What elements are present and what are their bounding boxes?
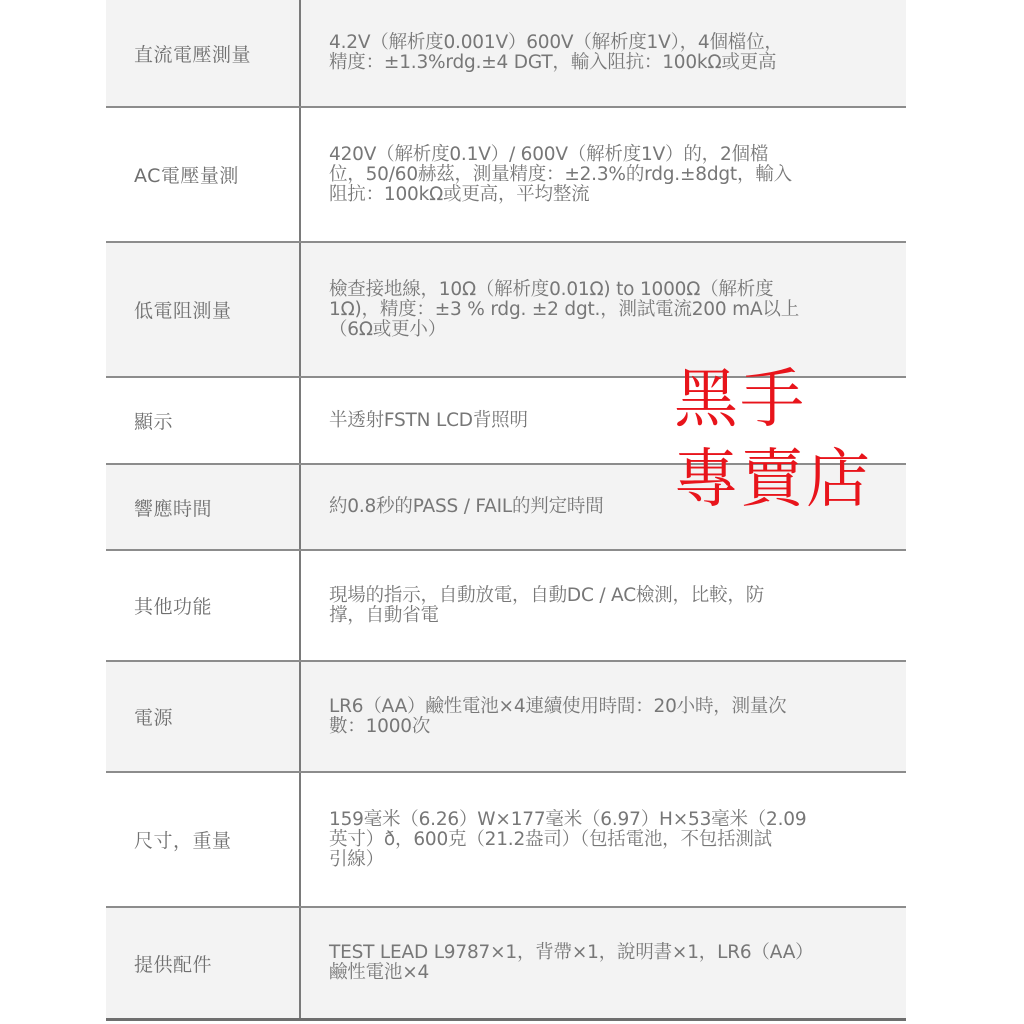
spec-label: 低電阻測量 (106, 243, 301, 376)
spec-label: 電源 (106, 662, 301, 771)
spec-label: 直流電壓測量 (106, 0, 301, 106)
spec-value: 159毫米（6.26）W×177毫米（6.97）H×53毫米（2.09 英寸）ð… (301, 773, 906, 906)
spec-table: 直流電壓測量 4.2V（解析度0.001V）600V（解析度1V），4個檔位， … (106, 0, 906, 1021)
spec-row-accessories: 提供配件 TEST LEAD L9787×1，背帶×1，說明書×1，LR6（AA… (106, 908, 906, 1021)
spec-label: AC電壓量測 (106, 108, 301, 241)
spec-row-power-source: 電源 LR6（AA）鹼性電池×4連續使用時間：20小時，測量次 數：1000次 (106, 662, 906, 773)
spec-value: 約0.8秒的PASS / FAIL的判定時間 (301, 465, 906, 549)
spec-value: 4.2V（解析度0.001V）600V（解析度1V），4個檔位， 精度：±1.3… (301, 0, 906, 106)
spec-value: TEST LEAD L9787×1，背帶×1，說明書×1，LR6（AA） 鹼性電… (301, 908, 906, 1018)
spec-row-dimensions-weight: 尺寸，重量 159毫米（6.26）W×177毫米（6.97）H×53毫米（2.0… (106, 773, 906, 908)
spec-row-display: 顯示 半透射FSTN LCD背照明 (106, 378, 906, 465)
spec-value: 420V（解析度0.1V）/ 600V（解析度1V）的，2個檔 位，50/60赫… (301, 108, 906, 241)
spec-label: 響應時間 (106, 465, 301, 549)
spec-label: 其他功能 (106, 551, 301, 660)
spec-label: 尺寸，重量 (106, 773, 301, 906)
spec-value: 現場的指示，自動放電，自動DC / AC檢測，比較，防 撑，自動省電 (301, 551, 906, 660)
spec-row-ac-voltage: AC電壓量測 420V（解析度0.1V）/ 600V（解析度1V）的，2個檔 位… (106, 108, 906, 243)
spec-label: 顯示 (106, 378, 301, 463)
spec-row-low-resistance: 低電阻測量 檢查接地線，10Ω（解析度0.01Ω) to 1000Ω（解析度 1… (106, 243, 906, 378)
spec-row-dc-voltage: 直流電壓測量 4.2V（解析度0.001V）600V（解析度1V），4個檔位， … (106, 0, 906, 108)
spec-value: LR6（AA）鹼性電池×4連續使用時間：20小時，測量次 數：1000次 (301, 662, 906, 771)
spec-label: 提供配件 (106, 908, 301, 1018)
spec-row-response-time: 響應時間 約0.8秒的PASS / FAIL的判定時間 (106, 465, 906, 551)
spec-value: 半透射FSTN LCD背照明 (301, 378, 906, 463)
spec-value: 檢查接地線，10Ω（解析度0.01Ω) to 1000Ω（解析度 1Ω)，精度：… (301, 243, 906, 376)
spec-row-other-functions: 其他功能 現場的指示，自動放電，自動DC / AC檢測，比較，防 撑，自動省電 (106, 551, 906, 662)
